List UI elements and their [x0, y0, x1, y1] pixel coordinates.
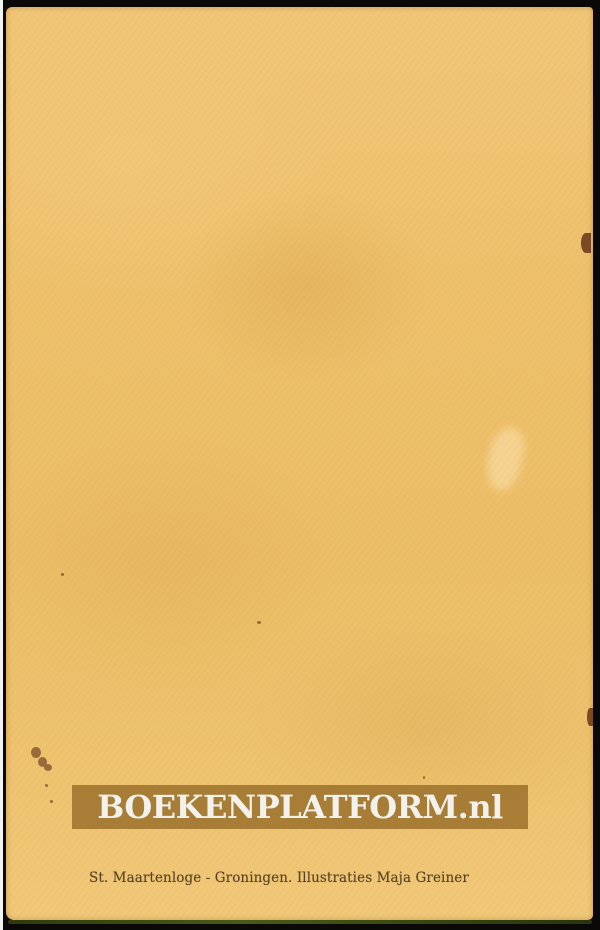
- stain-spot: [31, 747, 41, 758]
- stain-spot: [45, 784, 48, 787]
- cover-footer-credit: St. Maartenloge - Groningen. Illustratie…: [89, 870, 469, 886]
- edge-wear: [587, 708, 593, 726]
- bottom-edge: [8, 920, 592, 924]
- left-edge-strip: [0, 0, 3, 930]
- stain-spot: [61, 573, 64, 576]
- book-back-cover: [6, 7, 593, 920]
- stain-spot: [44, 764, 52, 771]
- photo-scene: BOEKENPLATFORM.nl St. Maartenloge - Gron…: [0, 0, 600, 930]
- stain-spot: [423, 776, 425, 779]
- edge-wear: [581, 233, 591, 253]
- worn-patch: [482, 424, 529, 494]
- watermark-band: BOEKENPLATFORM.nl: [72, 785, 528, 829]
- stain-spot: [257, 621, 261, 624]
- stain-spot: [50, 800, 53, 803]
- watermark-text: BOEKENPLATFORM.nl: [97, 788, 502, 826]
